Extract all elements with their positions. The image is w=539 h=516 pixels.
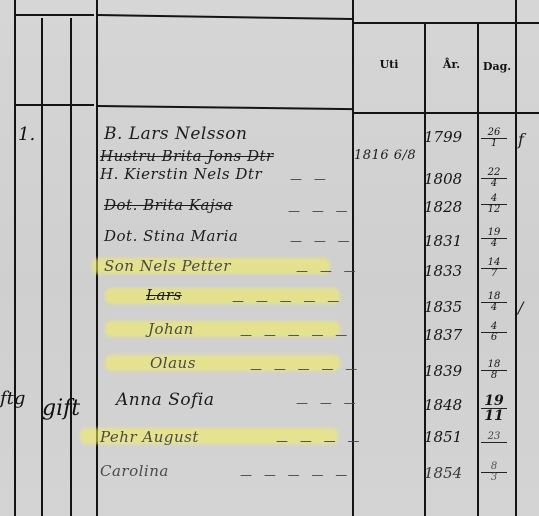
entry-year-10: 1848 <box>424 396 462 414</box>
entry-year-11: 1851 <box>424 428 462 446</box>
month-number: 1 <box>481 139 507 149</box>
entry-name-5: Dot. Stina Maria <box>104 227 238 245</box>
rule-col-a <box>41 18 43 516</box>
filler-dashes: — — — <box>296 396 360 410</box>
entry-year-5: 1831 <box>424 232 462 250</box>
rule-header-bottom-main <box>98 105 352 110</box>
entry-name-6: Son Nels Petter <box>104 257 231 275</box>
filler-dashes: — — — — <box>276 434 363 448</box>
entry-uti-2: 1816 6/8 <box>354 148 416 163</box>
rule-header-bottom-right <box>354 112 539 114</box>
register-page: Uti År. Dag. 1. ftg gift B. Lars Nelsson… <box>0 0 539 516</box>
filler-dashes: — — — — — <box>240 468 351 482</box>
rule-dag-left <box>477 24 479 516</box>
entry-year-1: 1799 <box>424 128 462 146</box>
month-number: 11 <box>481 409 507 423</box>
filler-dashes: — — — <box>290 234 354 248</box>
rule-col-b <box>70 18 72 516</box>
filler-dashes: — — — — — <box>240 328 351 342</box>
rule-top-main <box>98 14 352 20</box>
entry-day-8: 4 6 <box>481 322 507 343</box>
entry-name-7: Lars <box>146 286 182 304</box>
header-uti: Uti <box>354 58 424 71</box>
rule-left-margin <box>14 0 16 516</box>
month-number: 12 <box>481 205 507 215</box>
entry-day-11: 23 <box>481 432 507 443</box>
month-number: 8 <box>481 371 507 381</box>
filler-dashes: — — — <box>296 264 360 278</box>
right-margin-mark: / <box>518 298 524 317</box>
entry-year-7: 1835 <box>424 298 462 316</box>
entry-day-6: 14 7 <box>481 258 507 279</box>
day-number: 23 <box>481 432 507 443</box>
month-number: 7 <box>481 269 507 279</box>
rule-top-left <box>16 14 94 16</box>
rule-dag-right <box>515 0 517 516</box>
filler-dashes: — — — <box>288 204 352 218</box>
margin-note-gift: gift <box>42 396 80 421</box>
entry-year-9: 1839 <box>424 362 462 380</box>
month-number: 4 <box>481 303 507 313</box>
entry-day-3: 22 4 <box>481 168 507 189</box>
header-ar: År. <box>426 58 477 71</box>
entry-year-12: 1854 <box>424 464 462 482</box>
margin-note-fragment: ftg <box>0 388 25 409</box>
day-number: 19 <box>481 394 507 409</box>
rule-top-right <box>354 22 539 24</box>
month-number: 6 <box>481 333 507 343</box>
entry-day-5: 19 4 <box>481 228 507 249</box>
rule-header-bottom-left <box>16 104 94 106</box>
entry-name-8: Johan <box>148 320 194 338</box>
entry-day-4: 4 12 <box>481 194 507 215</box>
right-margin-mark: f <box>518 130 524 149</box>
entry-name-12: Carolina <box>100 462 169 480</box>
entry-day-7: 18 4 <box>481 292 507 313</box>
entry-name-3: H. Kierstin Nels Dtr <box>100 165 262 183</box>
entry-name-1: B. Lars Nelsson <box>104 124 247 144</box>
entry-name-10: Anna Sofia <box>116 390 214 410</box>
entry-day-1: 26 1 <box>481 128 507 149</box>
entry-day-12: 8 3 <box>481 462 507 483</box>
header-dag: Dag. <box>479 60 515 73</box>
filler-dashes: — — — — — <box>232 294 343 308</box>
entry-name-4: Dot. Brita Kajsa <box>104 196 233 214</box>
month-number: 4 <box>481 239 507 249</box>
entry-year-3: 1808 <box>424 170 462 188</box>
entry-year-6: 1833 <box>424 262 462 280</box>
entry-name-9: Olaus <box>150 354 196 372</box>
month-number: 4 <box>481 179 507 189</box>
entry-day-9: 18 8 <box>481 360 507 381</box>
entry-day-10: 19 11 <box>481 394 507 423</box>
entry-name-2: Hustru Brita Jons Dtr <box>100 147 274 165</box>
entry-year-4: 1828 <box>424 198 462 216</box>
filler-dashes: — — — — — <box>250 362 361 376</box>
filler-dashes: — — <box>290 172 330 186</box>
entry-name-11: Pehr August <box>100 428 199 446</box>
household-number: 1. <box>18 124 35 145</box>
month-number: 3 <box>481 473 507 483</box>
entry-year-8: 1837 <box>424 326 462 344</box>
